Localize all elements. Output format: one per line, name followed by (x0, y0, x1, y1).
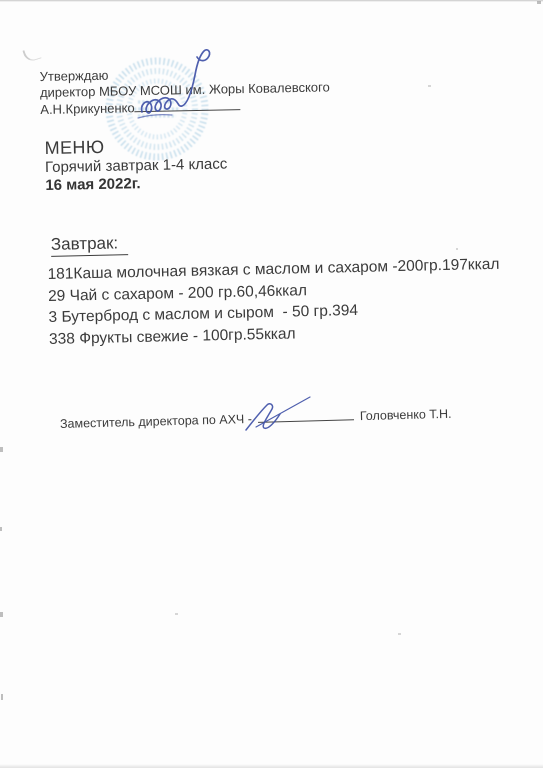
director-name: А.Н.Крикуненко (40, 100, 135, 117)
title-block: МЕНЮ Горячий завтрак 1-4 класс 16 мая 20… (44, 135, 227, 195)
menu-section: Завтрак: 181Каша молочная вязкая с масло… (47, 225, 501, 350)
footer-signer-name: Головченко Т.Н. (360, 407, 452, 423)
deputy-signature-ink (238, 388, 330, 440)
scan-speck (175, 613, 178, 615)
document-subtitle: Горячий завтрак 1-4 класс (45, 156, 228, 177)
scan-speck (0, 527, 2, 531)
director-signature-ink (128, 36, 220, 128)
scan-speck (1, 694, 3, 700)
paper-crease-mark (22, 46, 41, 63)
scan-speck (0, 612, 3, 617)
scan-speck (398, 633, 401, 635)
footer-position-label: Заместитель директора по АХЧ - (60, 412, 252, 431)
scan-speck (0, 447, 3, 452)
section-heading-breakfast: Завтрак: (51, 233, 129, 257)
scan-speck (537, 1, 541, 4)
scan-speck (428, 85, 431, 87)
document-date: 16 мая 2022г. (45, 173, 228, 194)
scan-edge-top (0, 0, 543, 2)
scan-edge-bottom (0, 764, 543, 768)
scanned-document-page: Утверждаю директор МБОУ МСОШ им. Жоры Ко… (0, 0, 543, 768)
